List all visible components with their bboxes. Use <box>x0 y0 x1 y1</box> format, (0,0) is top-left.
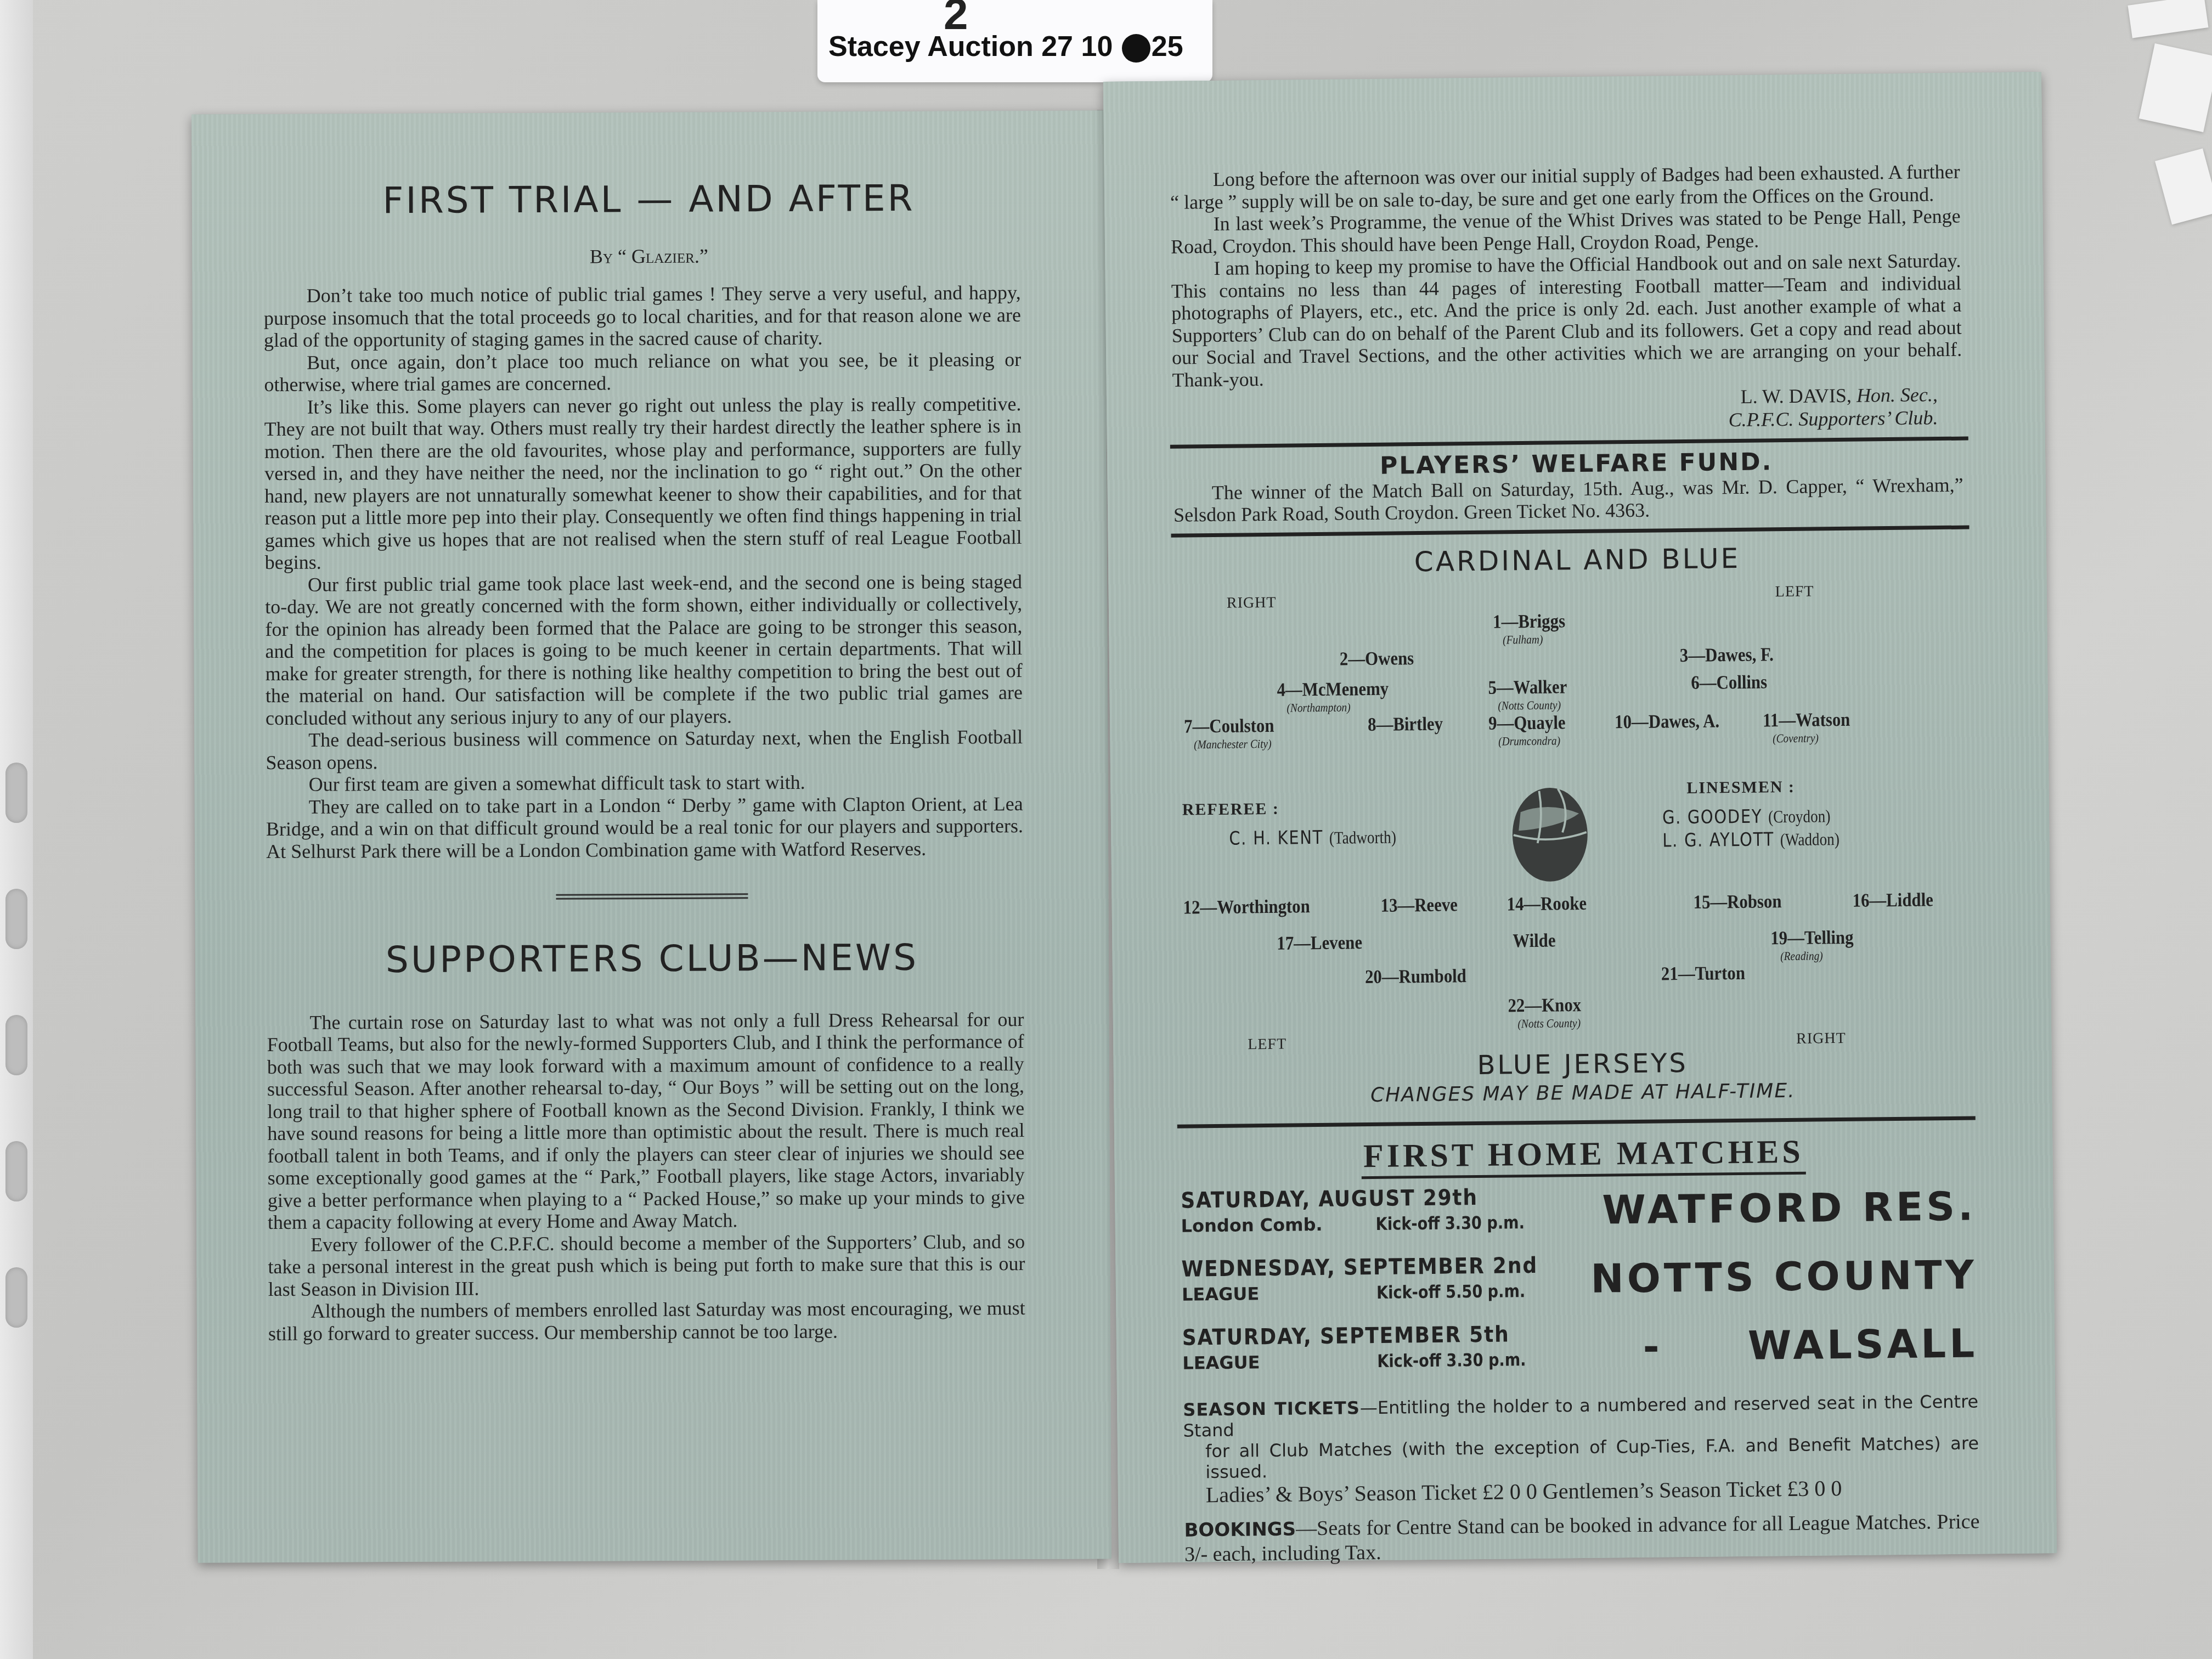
punch-hole <box>5 763 27 823</box>
home-player: 4—McMenemy(Northampton) <box>1277 678 1389 715</box>
away-player: 19—Telling(Reading) <box>1770 927 1854 964</box>
fixture-kickoff: Kick-off 3.30 p.m. <box>1376 1212 1525 1234</box>
referee-label: REFEREE : <box>1182 800 1280 820</box>
fixtures-title: FIRST HOME MATCHES <box>1114 1130 2053 1178</box>
ink-blot-icon <box>1122 34 1150 63</box>
fixture-kickoff: Kick-off 5.50 p.m. <box>1376 1280 1526 1303</box>
section-divider <box>556 893 748 900</box>
away-player: 21—Turton <box>1661 962 1745 985</box>
home-player: 5—Walker(Notts County) <box>1488 676 1567 713</box>
binder-sleeve-edge <box>0 0 33 1659</box>
signatory-name: L. W. DAVIS, <box>1740 385 1852 408</box>
fixture-row: SATURDAY, AUGUST 29th London Comb. Kick-… <box>1181 1180 1977 1256</box>
auction-label-year: 25 <box>1152 31 1183 63</box>
home-player: 10—Dawes, A. <box>1615 710 1719 733</box>
home-team-heading: CARDINAL AND BLUE <box>1108 539 2047 581</box>
news-body: The curtain rose on Saturday last to wha… <box>195 1008 1110 1345</box>
team-lineup: CARDINAL AND BLUE RIGHT LEFT 1—Briggs(Fu… <box>1108 534 2052 1103</box>
home-player: 7—Coulston(Manchester City) <box>1184 715 1274 752</box>
home-player: 3—Dawes, F. <box>1680 644 1774 667</box>
welfare-fund-paragraph: The winner of the Match Ball on Saturday… <box>1173 474 1964 526</box>
season-tickets-info: SEASON TICKETS—Entitling the holder to a… <box>1183 1391 1979 1505</box>
punch-hole <box>5 889 27 949</box>
article-body: Don’t take too much notice of public tri… <box>193 281 1109 863</box>
fixture-opponent: WATFORD RES. <box>1602 1183 1977 1233</box>
fixture-competition: LEAGUE <box>1182 1283 1260 1305</box>
auction-label: Stacey Auction 27 10 25 <box>828 30 1183 63</box>
bookings-info: BOOKINGS—Seats for Centre Stand can be b… <box>1184 1509 1980 1566</box>
fixture-date: SATURDAY, SEPTEMBER 5th <box>1182 1322 1510 1350</box>
linesman: G. GOODEY (Croydon) <box>1662 805 1831 828</box>
away-player: 17—Levene <box>1277 932 1362 955</box>
article-paragraph: They are called on to take part in a Lon… <box>266 793 1024 863</box>
fixture-opponent: NOTTS COUNTY <box>1590 1251 1977 1301</box>
home-player: 9—Quayle(Drumcondra) <box>1488 712 1566 748</box>
fixture-kickoff: Kick-off 3.30 p.m. <box>1377 1349 1526 1372</box>
home-player: 1—Briggs(Fulham) <box>1493 610 1565 647</box>
linesman: L. G. AYLOTT (Waddon) <box>1662 828 1839 851</box>
article-paragraph: But, once again, don’t place too much re… <box>264 348 1021 396</box>
fixture-row: SATURDAY, SEPTEMBER 5th LEAGUE Kick-off … <box>1182 1317 1978 1393</box>
fixture-competition: LEAGUE <box>1182 1352 1260 1373</box>
away-player: 12—Worthington <box>1183 895 1310 918</box>
bookings-text: —Seats for Centre Stand can be booked in… <box>1184 1510 1980 1566</box>
auction-label-text: Stacey Auction 27 10 <box>828 31 1121 63</box>
news-paragraph: I am hoping to keep my promise to have t… <box>1171 250 1962 391</box>
punch-hole <box>5 1015 27 1075</box>
away-player: 22—Knox(Notts County) <box>1508 994 1581 1031</box>
article-title: FIRST TRIAL — AND AFTER <box>192 176 1105 222</box>
home-player: 8—Birtley <box>1368 713 1443 736</box>
football-icon <box>1497 780 1602 885</box>
away-player: 20—Rumbold <box>1365 965 1466 988</box>
bookings-label: BOOKINGS <box>1184 1518 1296 1541</box>
home-player: 6—Collins <box>1691 671 1767 693</box>
fixture-competition: London Comb. <box>1181 1214 1323 1237</box>
left-page: FIRST TRIAL — AND AFTER By “ Glazier.” D… <box>191 110 1111 1562</box>
referee: C. H. KENT (Tadworth) <box>1229 826 1396 850</box>
left-side-label: LEFT <box>1775 583 1814 601</box>
away-player: 13—Reeve <box>1380 894 1458 916</box>
news-paragraph: Long before the afternoon was over our i… <box>1170 161 1961 213</box>
news-paragraph: Every follower of the C.P.F.C. should be… <box>268 1231 1025 1301</box>
article-byline: By “ Glazier.” <box>192 243 1105 270</box>
season-tickets-text: for all Club Matches (with the exception… <box>1183 1432 1979 1482</box>
away-player: 14—Rooke <box>1506 893 1587 916</box>
fixture-opponent: - WALSALL <box>1643 1320 1978 1369</box>
left-side-label: LEFT <box>1248 1036 1286 1054</box>
punch-hole <box>5 1267 27 1328</box>
right-page: Long before the afternoon was over our i… <box>1103 72 2057 1563</box>
fixture-date: WEDNESDAY, SEPTEMBER 2nd <box>1181 1253 1538 1282</box>
news-paragraph: Although the numbers of members enrolled… <box>268 1297 1025 1345</box>
article-paragraph: Don’t take too much notice of public tri… <box>264 281 1022 352</box>
signatory-title: Hon. Sec., <box>1857 383 1938 407</box>
paper-scraps <box>2124 0 2212 494</box>
signature: L. W. DAVIS, Hon. Sec., C.P.F.C. Support… <box>1107 382 2045 438</box>
away-player: 15—Robson <box>1693 890 1781 913</box>
news-paragraph: The curtain rose on Saturday last to wha… <box>267 1008 1025 1234</box>
home-player: 2—Owens <box>1340 647 1414 670</box>
season-ticket-prices: Ladies’ & Boys’ Season Ticket £2 0 0 Gen… <box>1184 1476 1979 1505</box>
linesmen-label: LINESMEN : <box>1686 778 1795 798</box>
fixture-row: WEDNESDAY, SEPTEMBER 2nd LEAGUE Kick-off… <box>1181 1248 1977 1325</box>
punch-hole <box>5 1141 27 1201</box>
auction-label-tag: 2 Stacey Auction 27 10 25 <box>817 0 1212 82</box>
news-title: SUPPORTERS CLUB—NEWS <box>195 936 1109 982</box>
away-player: Wilde <box>1513 929 1556 952</box>
news-paragraph: In last week’s Programme, the venue of t… <box>1170 205 1961 258</box>
fixture-date: SATURDAY, AUGUST 29th <box>1181 1185 1478 1214</box>
away-player: 16—Liddle <box>1852 889 1933 912</box>
article-paragraph: Our first team are given a somewhat diff… <box>266 770 1023 796</box>
welfare-fund-text: The winner of the Match Ball on Saturday… <box>1108 473 2046 527</box>
divider-rule <box>1177 1116 1976 1128</box>
right-side-label: RIGHT <box>1227 594 1277 612</box>
right-side-label: RIGHT <box>1796 1030 1846 1048</box>
article-paragraph: Our first public trial game took place l… <box>265 571 1023 730</box>
season-tickets-label: SEASON TICKETS <box>1183 1397 1360 1420</box>
article-paragraph: The dead-serious business will commence … <box>266 726 1023 774</box>
news-continued: Long before the afternoon was over our i… <box>1104 160 2045 392</box>
home-player: 11—Watson(Coventry) <box>1763 709 1850 746</box>
article-paragraph: It’s like this. Some players can never g… <box>264 393 1022 574</box>
